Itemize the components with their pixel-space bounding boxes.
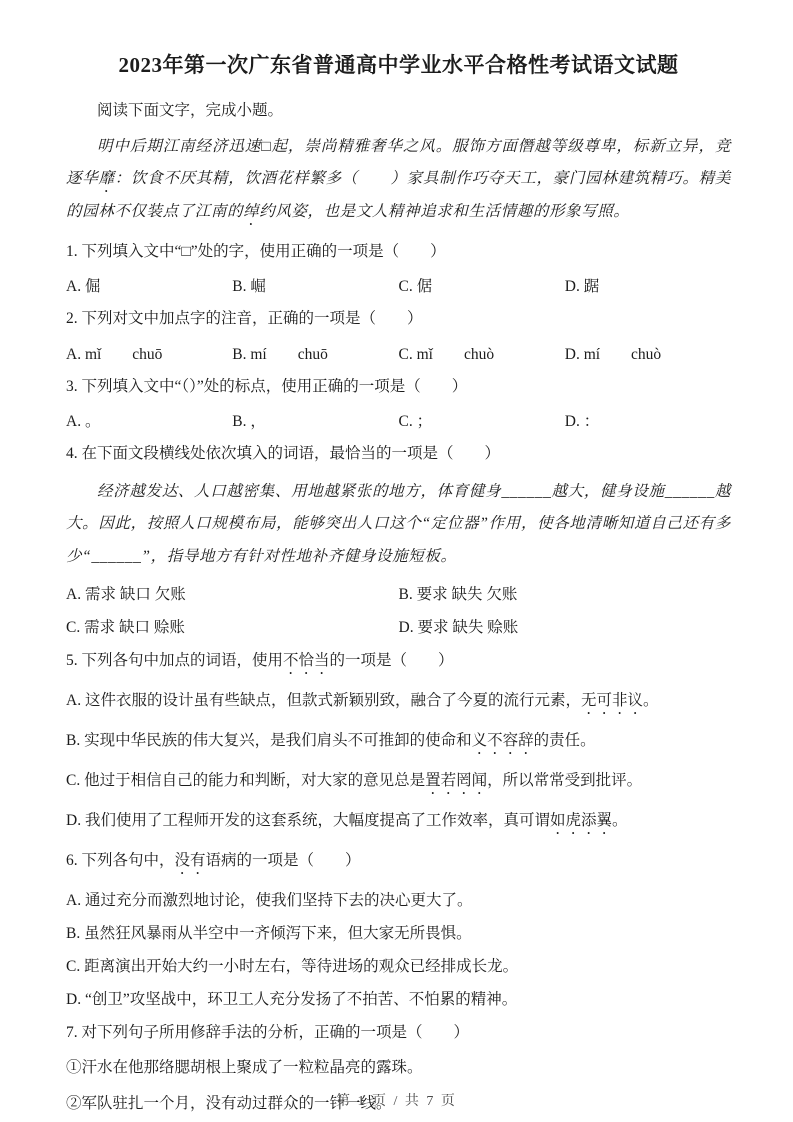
- question-3-stem: 3. 下列填入文中“（）”处的标点，使用正确的一项是（ ）: [66, 377, 731, 397]
- option: B. 要求 缺失 欠账: [399, 585, 732, 605]
- question-6-stem: 6. 下列各句中，没有语病的一项是（ ）: [66, 851, 731, 878]
- option: D. 我们使用了工程师开发的这套系统，大幅度提高了工作效率，真可谓如虎添翼。: [66, 811, 731, 838]
- text-run: 的一项是（ ）: [330, 652, 454, 669]
- question-2: 2. 下列对文中加点字的注音，正确的一项是（ ） A. mǐ chuōB. mí…: [66, 309, 731, 363]
- reading-passage-1: 明中后期江南经济迅速□起，崇尚精雅奢华之风。服饰方面僭越等级尊卑，标新立异，竞逐…: [66, 131, 731, 230]
- option: B. mí chuō: [232, 342, 398, 364]
- option: A. 通过充分而激烈地讨论，使我们坚持下去的决心更大了。: [66, 891, 731, 911]
- text-run: 的责任。: [534, 732, 596, 749]
- option: A. 。: [66, 409, 232, 431]
- text-run: 经济越发达、人口越密集、用地越紧张的地方，体育健身______越大，健身设施__…: [66, 483, 731, 565]
- question-5-options: A. 这件衣服的设计虽有些缺点，但款式新颖别致，融合了今夏的流行元素，无可非议。…: [66, 691, 731, 838]
- text-run: A. 倔: [66, 278, 100, 295]
- exam-document-page: 2023年第一次广东省普通高中学业水平合格性考试语文试题 阅读下面文字，完成小题…: [0, 0, 793, 1114]
- text-run: 约风姿，也是文人精神追求和生活情趣的形象写照。: [259, 203, 629, 220]
- question-6: 6. 下列各句中，没有语病的一项是（ ） A. 通过充分而激烈地讨论，使我们坚持…: [66, 851, 731, 1011]
- text-run: 3. 下列填入文中“（）”处的标点，使用正确的一项是（ ）: [66, 378, 467, 395]
- emphasized-word: 不恰当: [283, 652, 330, 669]
- question-1-stem: 1. 下列填入文中“□”处的字，使用正确的一项是（ ）: [66, 242, 731, 262]
- option: A. 倔: [66, 274, 232, 296]
- option: A. mǐ chuō: [66, 342, 232, 364]
- emphasized-word: 如虎添翼: [550, 812, 612, 829]
- page-footer: 第 1 页 / 共 7 页: [0, 1090, 793, 1110]
- text-run: 2. 下列对文中加点字的注音，正确的一项是（ ）: [66, 310, 423, 327]
- text-run: D. ：: [565, 413, 599, 430]
- text-run: B. 要求 缺失 欠账: [399, 586, 518, 603]
- emphasized-word: 置若罔闻: [425, 772, 487, 789]
- intro-line: 阅读下面文字，完成小题。: [66, 101, 731, 120]
- emphasized-word: 靡: [98, 170, 114, 187]
- question-4-options: A. 需求 缺口 欠账B. 要求 缺失 欠账C. 需求 缺口 赊账D. 要求 缺…: [66, 573, 731, 637]
- emphasized-word: 义不容辞: [472, 732, 534, 749]
- option: A. 需求 缺口 欠账: [66, 585, 399, 605]
- text-run: ，所以常常受到批评。: [487, 772, 642, 789]
- question-3-options: A. 。B. ，C. ；D. ：: [66, 409, 731, 431]
- question-7-stem: 7. 对下列句子所用修辞手法的分析，正确的一项是（ ）: [66, 1023, 731, 1043]
- text-run: B. 虽然狂风暴雨从半空中一齐倾泻下来，但大家无所畏惧。: [66, 925, 472, 942]
- text-run: 1. 下列填入文中“□”处的字，使用正确的一项是（ ）: [66, 243, 446, 260]
- question-2-options: A. mǐ chuōB. mí chuōC. mǐ chuòD. mí chuò: [66, 342, 731, 364]
- question-6-options: A. 通过充分而激烈地讨论，使我们坚持下去的决心更大了。B. 虽然狂风暴雨从半空…: [66, 891, 731, 1011]
- question-3: 3. 下列填入文中“（）”处的标点，使用正确的一项是（ ） A. 。B. ，C.…: [66, 377, 731, 431]
- text-run: D. 要求 缺失 赊账: [399, 619, 519, 636]
- option: C. 倨: [399, 274, 565, 296]
- text-run: C. 距离演出开始大约一小时左右，等待进场的观众已经排成长龙。: [66, 958, 518, 975]
- text-run: A. 通过充分而激烈地讨论，使我们坚持下去的决心更大了。: [66, 892, 472, 909]
- option: C. 距离演出开始大约一小时左右，等待进场的观众已经排成长龙。: [66, 957, 731, 977]
- text-run: C. 需求 缺口 赊账: [66, 619, 185, 636]
- question-5: 5. 下列各句中加点的词语，使用不恰当的一项是（ ） A. 这件衣服的设计虽有些…: [66, 651, 731, 838]
- question-1-options: A. 倔B. 崛C. 倨D. 踞: [66, 274, 731, 296]
- text-run: C. 他过于相信自己的能力和判断，对大家的意见总是: [66, 772, 425, 789]
- option: C. 需求 缺口 赊账: [66, 618, 399, 638]
- question-4-stem: 4. 在下面文段横线处依次填入的词语，最恰当的一项是（ ）: [66, 444, 731, 464]
- text-run: A. 这件衣服的设计虽有些缺点，但款式新颖别致，融合了今夏的流行元素，: [66, 692, 581, 709]
- option: B. ，: [232, 409, 398, 431]
- text-run: B. 实现中华民族的伟大复兴，是我们肩头不可推卸的使命和: [66, 732, 472, 749]
- text-run: D. “创卫”攻坚战中，环卫工人充分发扬了不拍苦、不怕累的精神。: [66, 991, 517, 1008]
- text-run: B. 崛: [232, 278, 266, 295]
- emphasized-word: 绰: [243, 203, 259, 220]
- option: B. 崛: [232, 274, 398, 296]
- option: D. 要求 缺失 赊账: [399, 618, 732, 638]
- page-title: 2023年第一次广东省普通高中学业水平合格性考试语文试题: [66, 52, 731, 79]
- question-5-stem: 5. 下列各句中加点的词语，使用不恰当的一项是（ ）: [66, 651, 731, 678]
- text-run: A. 需求 缺口 欠账: [66, 586, 186, 603]
- option: C. ；: [399, 409, 565, 431]
- text-run: C. ；: [399, 413, 433, 430]
- option: D. “创卫”攻坚战中，环卫工人充分发扬了不拍苦、不怕累的精神。: [66, 990, 731, 1010]
- option: B. 实现中华民族的伟大复兴，是我们肩头不可推卸的使命和义不容辞的责任。: [66, 731, 731, 758]
- option: D. mí chuò: [565, 342, 731, 364]
- option: C. mǐ chuò: [399, 342, 565, 364]
- text-run: 语病的一项是（ ）: [206, 852, 361, 869]
- text-run: ①汗水在他那络腮胡根上聚成了一粒粒晶亮的露珠。: [66, 1059, 423, 1076]
- text-run: 7. 对下列句子所用修辞手法的分析，正确的一项是（ ）: [66, 1024, 469, 1041]
- text-run: C. 倨: [399, 278, 433, 295]
- text-run: C. mǐ chuò: [399, 346, 495, 363]
- question-2-stem: 2. 下列对文中加点字的注音，正确的一项是（ ）: [66, 309, 731, 329]
- emphasized-word: 无可非议: [581, 692, 643, 709]
- text-run: D. 我们使用了工程师开发的这套系统，大幅度提高了工作效率，真可谓: [66, 812, 550, 829]
- text-run: B. mí chuō: [232, 346, 328, 363]
- question-1: 1. 下列填入文中“□”处的字，使用正确的一项是（ ） A. 倔B. 崛C. 倨…: [66, 242, 731, 296]
- text-run: 4. 在下面文段横线处依次填入的词语，最恰当的一项是（ ）: [66, 445, 500, 462]
- option: D. ：: [565, 409, 731, 431]
- option: A. 这件衣服的设计虽有些缺点，但款式新颖别致，融合了今夏的流行元素，无可非议。: [66, 691, 731, 718]
- question-4-passage: 经济越发达、人口越密集、用地越紧张的地方，体育健身______越大，健身设施__…: [66, 476, 731, 574]
- text-run: 6. 下列各句中，: [66, 852, 175, 869]
- text-run: A. mǐ chuō: [66, 346, 162, 363]
- question-4: 4. 在下面文段横线处依次填入的词语，最恰当的一项是（ ） 经济越发达、人口越密…: [66, 444, 731, 638]
- text-run: D. mí chuò: [565, 346, 661, 363]
- text-run: B. ，: [232, 413, 266, 430]
- option: D. 踞: [565, 274, 731, 296]
- text-run: 。: [643, 692, 659, 709]
- option: C. 他过于相信自己的能力和判断，对大家的意见总是置若罔闻，所以常常受到批评。: [66, 771, 731, 798]
- text-run: A. 。: [66, 413, 100, 430]
- emphasized-word: 没有: [175, 852, 206, 869]
- text-run: 。: [612, 812, 628, 829]
- text-run: 5. 下列各句中加点的词语，使用: [66, 652, 283, 669]
- text-run: D. 踞: [565, 278, 599, 295]
- numbered-sentence: ①汗水在他那络腮胡根上聚成了一粒粒晶亮的露珠。: [66, 1058, 731, 1078]
- option: B. 虽然狂风暴雨从半空中一齐倾泻下来，但大家无所畏惧。: [66, 924, 731, 944]
